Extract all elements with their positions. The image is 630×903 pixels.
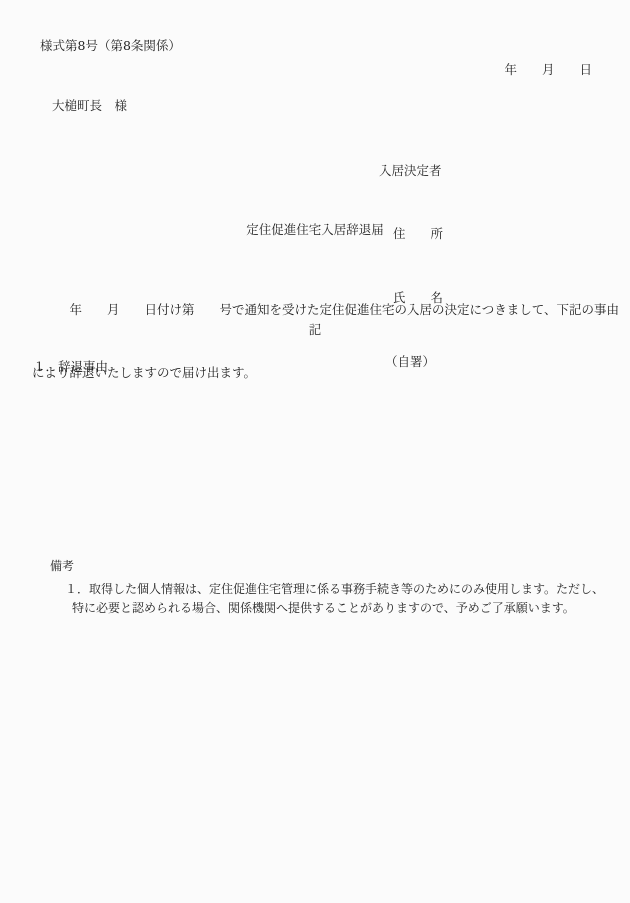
remarks-note-line: １．取得した個人情報は、定住促進住宅管理に係る事務手続き等のためにのみ使用します…: [65, 583, 604, 595]
remarks-note-line: 特に必要と認められる場合、関係機関へ提供することがありますので、予めご了承願いま…: [72, 602, 575, 614]
document-page: 様式第8号（第8条関係） 年 月 日 大槌町長 様 入居決定者 住 所 氏 名 …: [0, 0, 630, 903]
body-line: により辞退いたしますので届け出ます。: [32, 362, 619, 383]
document-title: 定住促進住宅入居辞退届: [0, 224, 630, 237]
record-marker: 記: [0, 324, 630, 337]
body-paragraph: 年 月 日付け第 号で通知を受けた定住促進住宅の入居の決定につきまして、下記の事…: [32, 257, 619, 425]
applicant-role-label: 入居決定者: [379, 160, 443, 181]
section-heading-decline-reason: １．辞退事由: [33, 361, 108, 374]
remarks-label: 備考: [50, 560, 74, 572]
body-line: 年 月 日付け第 号で通知を受けた定住促進住宅の入居の決定につきまして、下記の事…: [32, 299, 619, 320]
date-line: 年 月 日: [504, 64, 592, 77]
addressee: 大槌町長 様: [52, 100, 127, 113]
form-number: 様式第8号（第8条関係）: [40, 40, 181, 53]
